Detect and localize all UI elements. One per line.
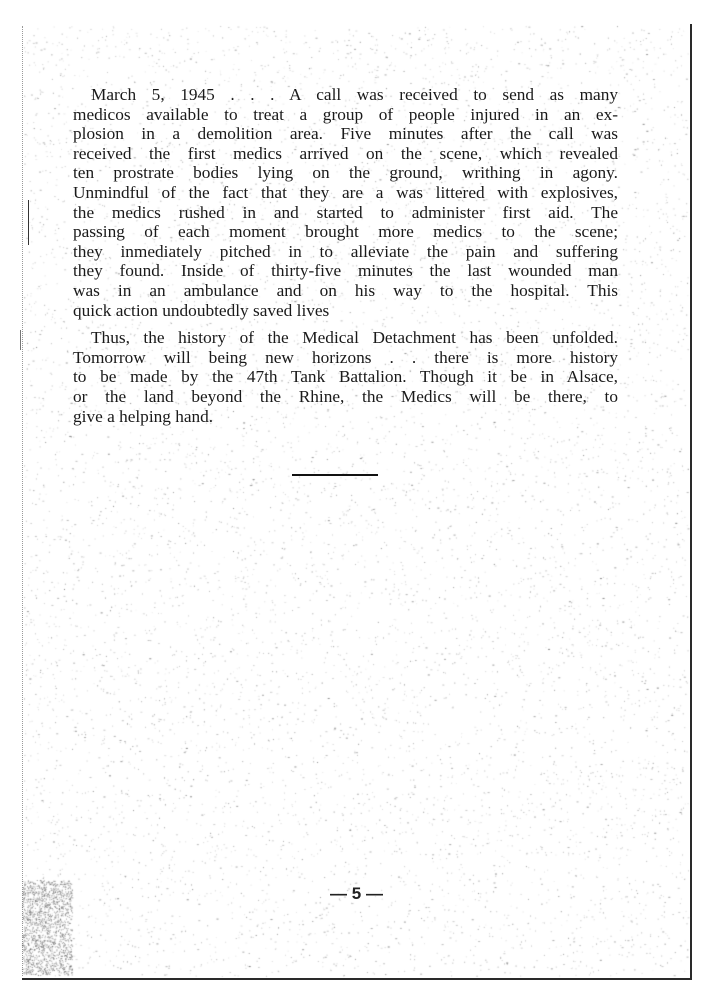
text-line: the medics rushed in and started to admi… [55, 203, 618, 223]
text-line: they inmediately pitched in to alleviate… [55, 242, 618, 262]
text-line: they found. Inside of thirty-five minute… [55, 261, 618, 281]
margin-mark [28, 200, 29, 245]
page-number: — 5 — [0, 884, 713, 904]
page-left-edge [22, 26, 24, 976]
text-line: give a helping hand. [55, 407, 618, 427]
text-line: Tomorrow will being new horizons . . the… [55, 348, 618, 368]
text-line: received the first medics arrived on the… [55, 144, 618, 164]
section-divider [292, 474, 378, 476]
text-line: quick action undoubtedly saved lives [55, 301, 618, 321]
text-line: March 5, 1945 . . . A call was received … [73, 85, 618, 105]
text-line: or the land beyond the Rhine, the Medics… [55, 387, 618, 407]
text-line: ten prostrate bodies lying on the ground… [55, 163, 618, 183]
paragraph-closing: Thus, the history of the Medical Detachm… [73, 328, 618, 426]
paragraph-march-5: March 5, 1945 . . . A call was received … [73, 85, 618, 320]
text-line: plosion in a demolition area. Five minut… [55, 124, 618, 144]
text-line: was in an ambulance and on his way to th… [55, 281, 618, 301]
text-line: medicos available to treat a group of pe… [55, 105, 618, 125]
text-line: Unmindful of the fact that they are a wa… [55, 183, 618, 203]
text-line: passing of each moment brought more medi… [55, 222, 618, 242]
text-line: Thus, the history of the Medical Detachm… [73, 328, 618, 348]
text-line: to be made by the 47th Tank Battalion. T… [55, 367, 618, 387]
margin-mark [20, 330, 21, 350]
document-body: March 5, 1945 . . . A call was received … [73, 85, 618, 426]
